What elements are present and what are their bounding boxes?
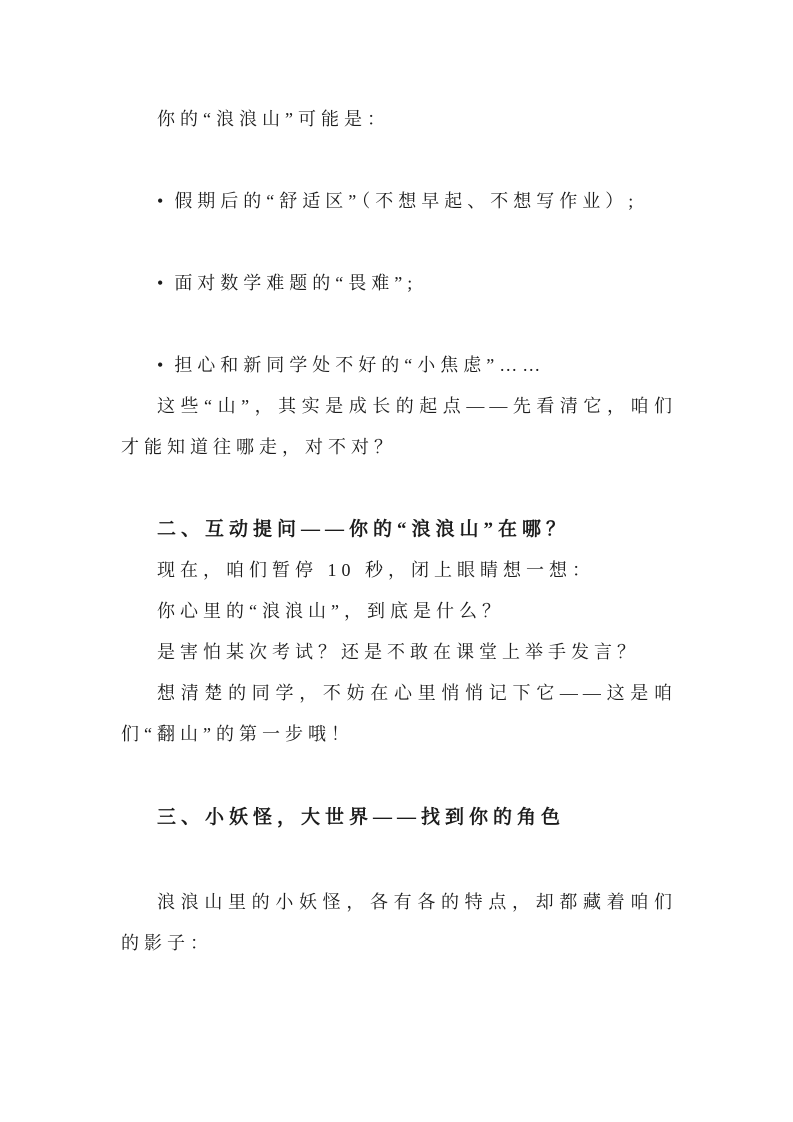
- section-2-paragraph-4: 想清楚的同学，不妨在心里悄悄记下它——这是咱们“翻山”的第一步哦！: [121, 673, 677, 755]
- section-2-paragraph-1: 现在，咱们暂停 10 秒，闭上眼睛想一想：: [121, 550, 677, 591]
- bullet-item-math-fear: •面对数学难题的“畏难”;: [121, 263, 677, 304]
- bullet-item-text: 担心和新同学处不好的“小焦虑”……: [174, 355, 545, 375]
- bullet-marker-icon: •: [157, 345, 163, 386]
- bullet-item-social-anxiety: •担心和新同学处不好的“小焦虑”……: [121, 345, 677, 386]
- bullet-item-text: 假期后的“舒适区”（不想早起、不想写作业）;: [174, 191, 638, 211]
- summary-paragraph: 这些“山”，其实是成长的起点——先看清它，咱们才能知道往哪走，对不对？: [121, 386, 677, 468]
- bullet-item-text: 面对数学难题的“畏难”;: [174, 273, 417, 293]
- bullet-marker-icon: •: [157, 263, 163, 304]
- bullet-item-comfort-zone: •假期后的“舒适区”（不想早起、不想写作业）;: [121, 181, 677, 222]
- intro-line: 你的“浪浪山”可能是：: [121, 99, 677, 140]
- section-3-lead-paragraph: 浪浪山里的小妖怪，各有各的特点，却都藏着咱们的影子：: [121, 882, 677, 964]
- section-3-heading: 三、小妖怪，大世界——找到你的角色: [121, 797, 677, 838]
- document-page: 你的“浪浪山”可能是： •假期后的“舒适区”（不想早起、不想写作业）; •面对数…: [0, 0, 793, 1122]
- section-2-heading: 二、互动提问——你的“浪浪山”在哪？: [121, 509, 677, 550]
- bullet-marker-icon: •: [157, 181, 163, 222]
- section-2-paragraph-2: 你心里的“浪浪山”，到底是什么？: [121, 591, 677, 632]
- section-2-paragraph-3: 是害怕某次考试？还是不敢在课堂上举手发言？: [121, 632, 677, 673]
